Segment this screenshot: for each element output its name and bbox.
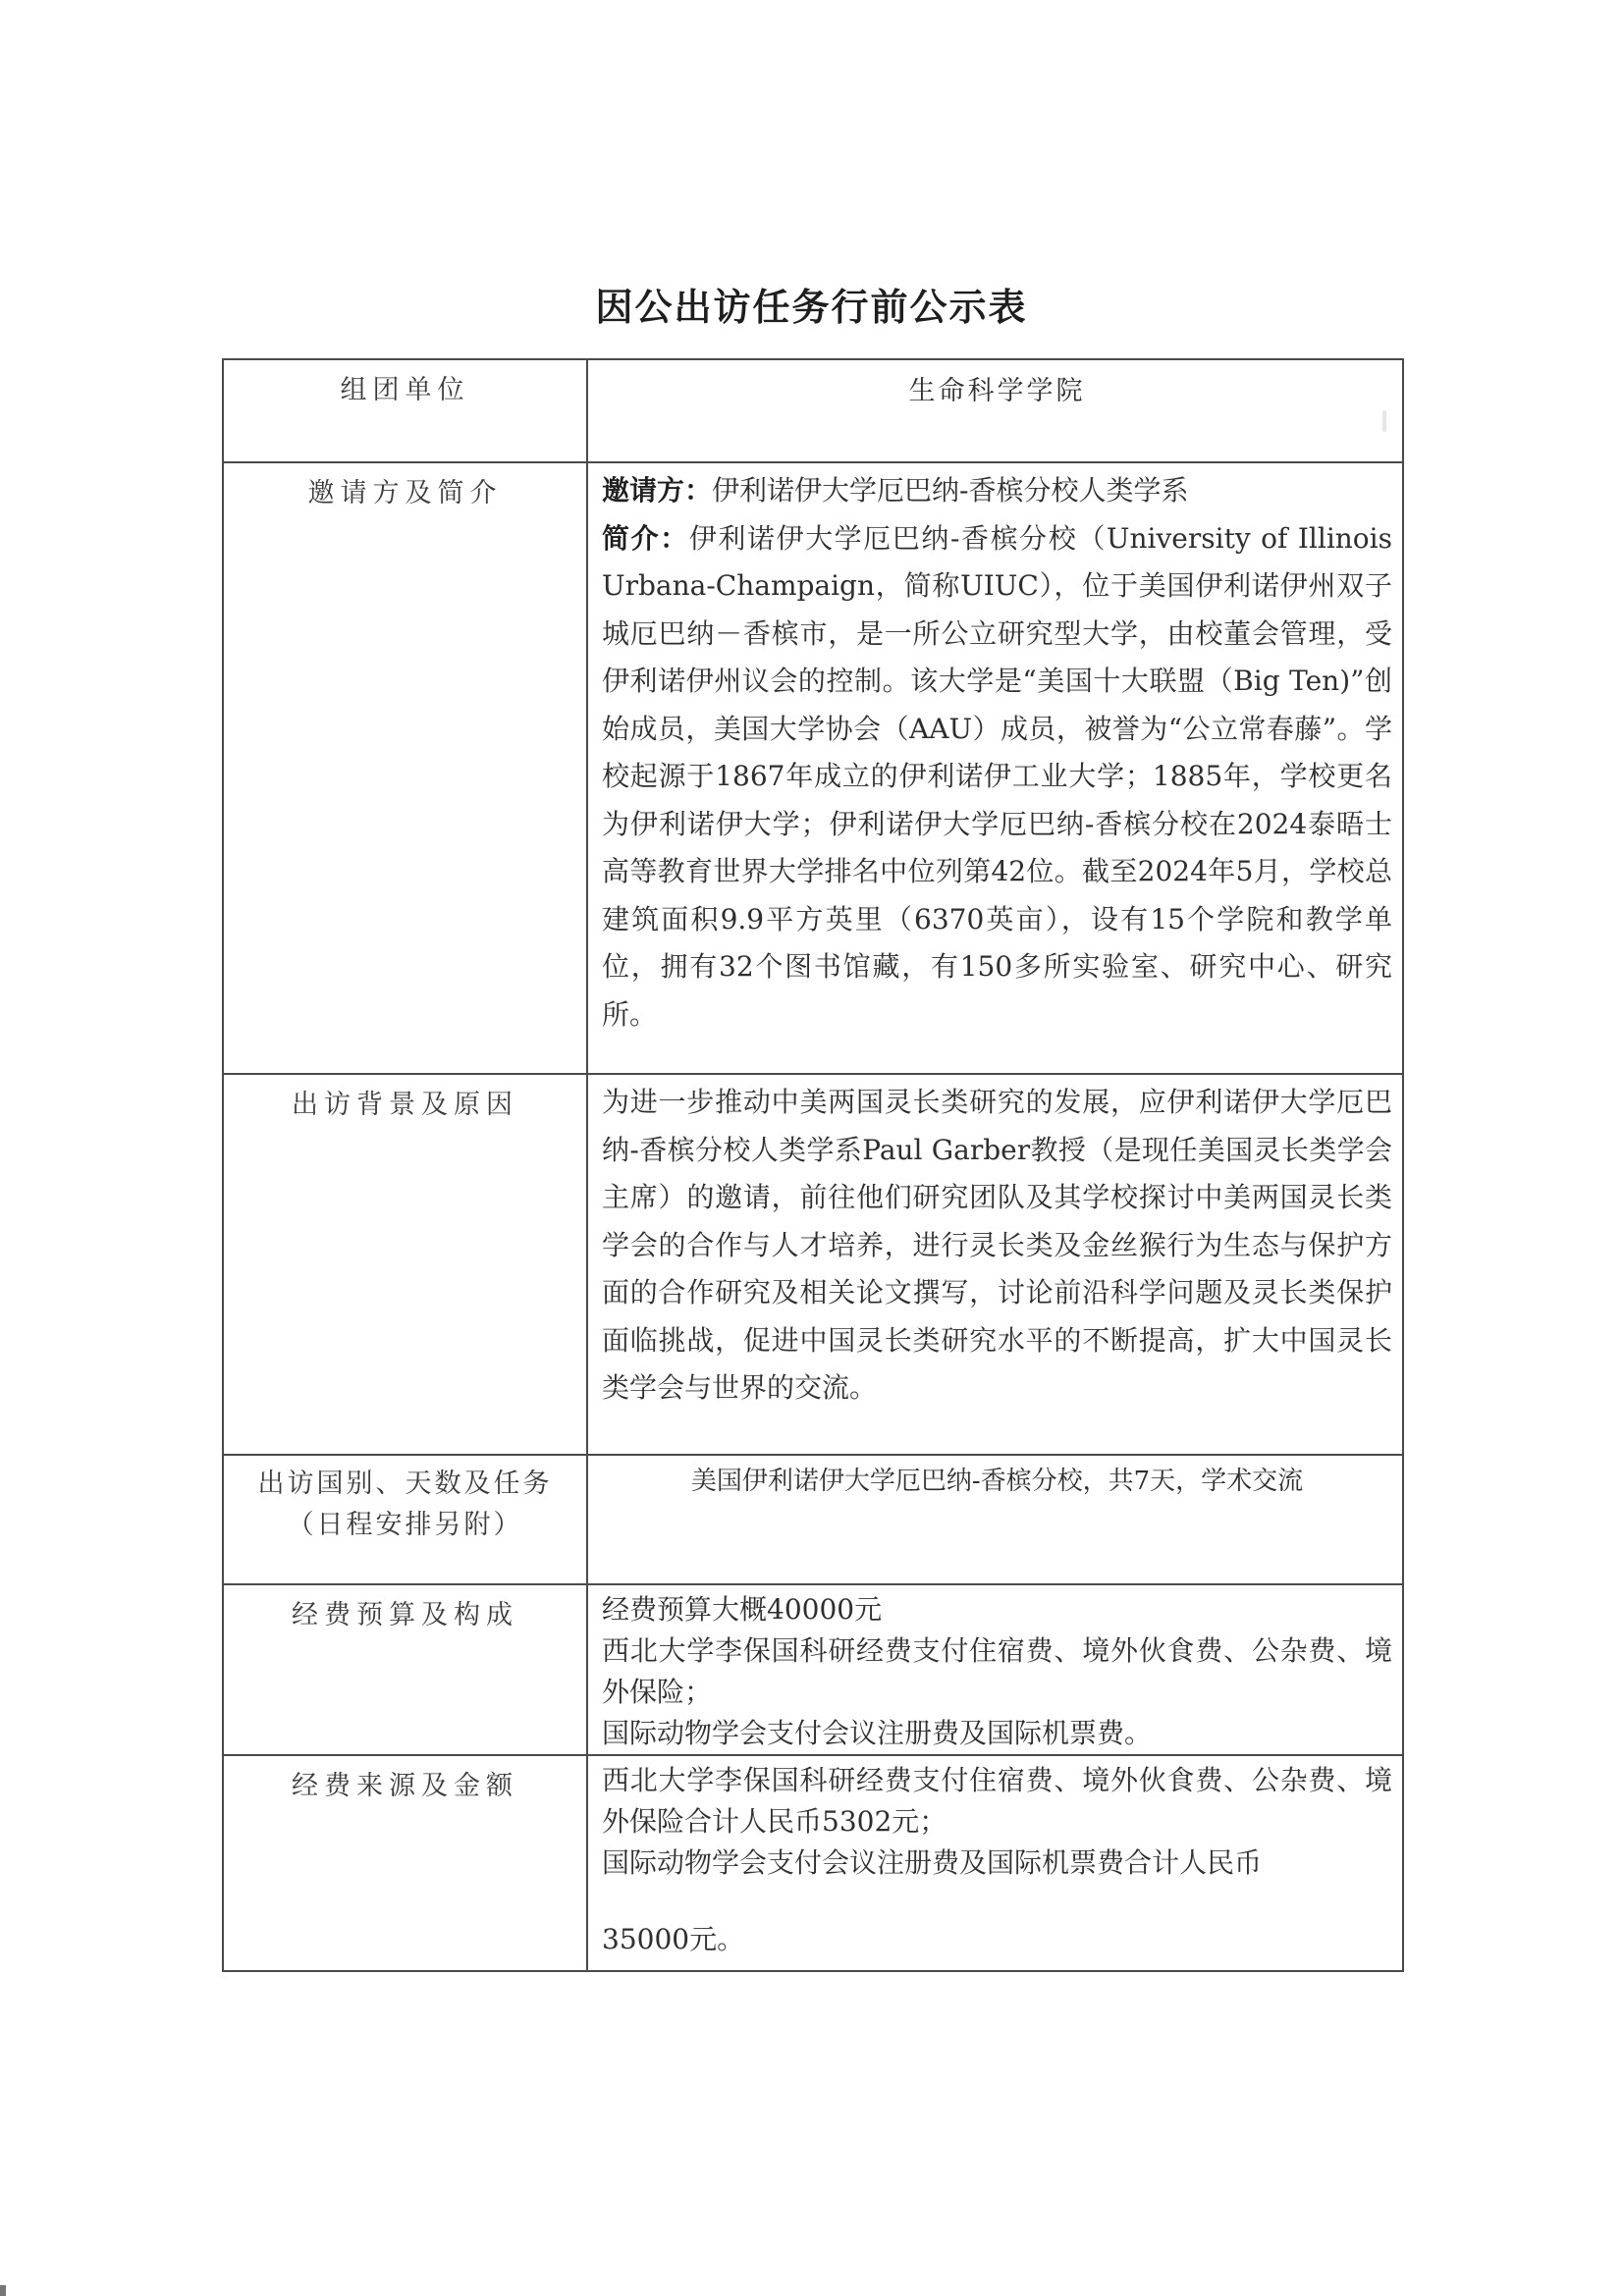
funding-line: 国际动物学会支付会议注册费及国际机票费合计人民币	[602, 1842, 1392, 1884]
row-label: 经费来源及金额	[224, 1756, 586, 1809]
background-value: 为进一步推动中美两国灵长类研究的发展，应伊利诺伊大学厄巴纳-香槟分校人类学系Pa…	[588, 1075, 1402, 1413]
table-row-funding-source: 经费来源及金额 西北大学李保国科研经费支付住宿费、境外伙食费、公杂费、境外保险合…	[223, 1755, 1403, 1971]
label-cell: 经费来源及金额	[223, 1755, 587, 1971]
budget-line: 经费预算大概40000元	[602, 1589, 1392, 1630]
destination-value: 美国伊利诺伊大学厄巴纳-香槟分校，共7天，学术交流	[588, 1456, 1402, 1506]
intro-paragraph: 简介：伊利诺伊大学厄巴纳-香槟分校（University of Illinois…	[602, 515, 1392, 1040]
page-title: 因公出访任务行前公示表	[0, 277, 1623, 331]
value-cell: 经费预算大概40000元 西北大学李保国科研经费支付住宿费、境外伙食费、公杂费、…	[587, 1584, 1403, 1755]
inviter-line: 邀请方：伊利诺伊大学厄巴纳-香槟分校人类学系	[602, 467, 1392, 515]
row-label: 出访背景及原因	[224, 1075, 586, 1128]
budget-line: 西北大学李保国科研经费支付住宿费、境外伙食费、公杂费、境外保险；	[602, 1630, 1392, 1713]
label-cell: 经费预算及构成	[223, 1584, 587, 1755]
inviter-lead: 邀请方：	[602, 474, 712, 507]
label-cell: 出访国别、天数及任务 （日程安排另附）	[223, 1455, 587, 1584]
inviter-name: 伊利诺伊大学厄巴纳-香槟分校人类学系	[712, 474, 1188, 507]
row-label: 出访国别、天数及任务 （日程安排另附）	[224, 1456, 586, 1546]
value-cell: 西北大学李保国科研经费支付住宿费、境外伙食费、公杂费、境外保险合计人民币5302…	[587, 1755, 1403, 1971]
row-label: 邀请方及简介	[224, 463, 586, 516]
table-row-background: 出访背景及原因 为进一步推动中美两国灵长类研究的发展，应伊利诺伊大学厄巴纳-香槟…	[223, 1074, 1403, 1455]
table-row-organizing-unit: 组团单位 生命科学学院	[223, 359, 1403, 462]
label-cell: 组团单位	[223, 359, 587, 462]
table-row-inviter: 邀请方及简介 邀请方：伊利诺伊大学厄巴纳-香槟分校人类学系 简介：伊利诺伊大学厄…	[223, 462, 1403, 1074]
row-label: 经费预算及构成	[224, 1585, 586, 1638]
inviter-intro-value: 邀请方：伊利诺伊大学厄巴纳-香槟分校人类学系 简介：伊利诺伊大学厄巴纳-香槟分校…	[588, 463, 1402, 1039]
intro-lead: 简介：	[602, 522, 689, 555]
notice-table: 组团单位 生命科学学院 邀请方及简介 邀请方：伊利诺伊大学厄巴纳-香槟分校人类学…	[222, 358, 1404, 1972]
budget-line: 国际动物学会支付会议注册费及国际机票费。	[602, 1713, 1392, 1754]
organizing-unit-value: 生命科学学院	[588, 360, 1402, 416]
row-label: 组团单位	[224, 360, 586, 413]
value-cell: 为进一步推动中美两国灵长类研究的发展，应伊利诺伊大学厄巴纳-香槟分校人类学系Pa…	[587, 1074, 1403, 1455]
table-row-budget: 经费预算及构成 经费预算大概40000元 西北大学李保国科研经费支付住宿费、境外…	[223, 1584, 1403, 1755]
label-cell: 邀请方及简介	[223, 462, 587, 1074]
row-label-line: （日程安排另附）	[224, 1505, 586, 1546]
budget-value: 经费预算大概40000元 西北大学李保国科研经费支付住宿费、境外伙食费、公杂费、…	[588, 1585, 1402, 1754]
row-label-line: 出访国别、天数及任务	[224, 1464, 586, 1505]
label-cell: 出访背景及原因	[223, 1074, 587, 1455]
funding-line: 西北大学李保国科研经费支付住宿费、境外伙食费、公杂费、境外保险合计人民币5302…	[602, 1760, 1392, 1842]
value-cell: 邀请方：伊利诺伊大学厄巴纳-香槟分校人类学系 简介：伊利诺伊大学厄巴纳-香槟分校…	[587, 462, 1403, 1074]
funding-source-value: 西北大学李保国科研经费支付住宿费、境外伙食费、公杂费、境外保险合计人民币5302…	[588, 1756, 1402, 1960]
intro-text: 伊利诺伊大学厄巴纳-香槟分校（University of Illinois Ur…	[602, 522, 1392, 1031]
funding-line: 35000元。	[602, 1919, 1392, 1960]
value-cell: 生命科学学院	[587, 359, 1403, 462]
table-row-destination: 出访国别、天数及任务 （日程安排另附） 美国伊利诺伊大学厄巴纳-香槟分校，共7天…	[223, 1455, 1403, 1584]
scan-edge-mark	[0, 2285, 6, 2296]
value-cell: 美国伊利诺伊大学厄巴纳-香槟分校，共7天，学术交流	[587, 1455, 1403, 1584]
